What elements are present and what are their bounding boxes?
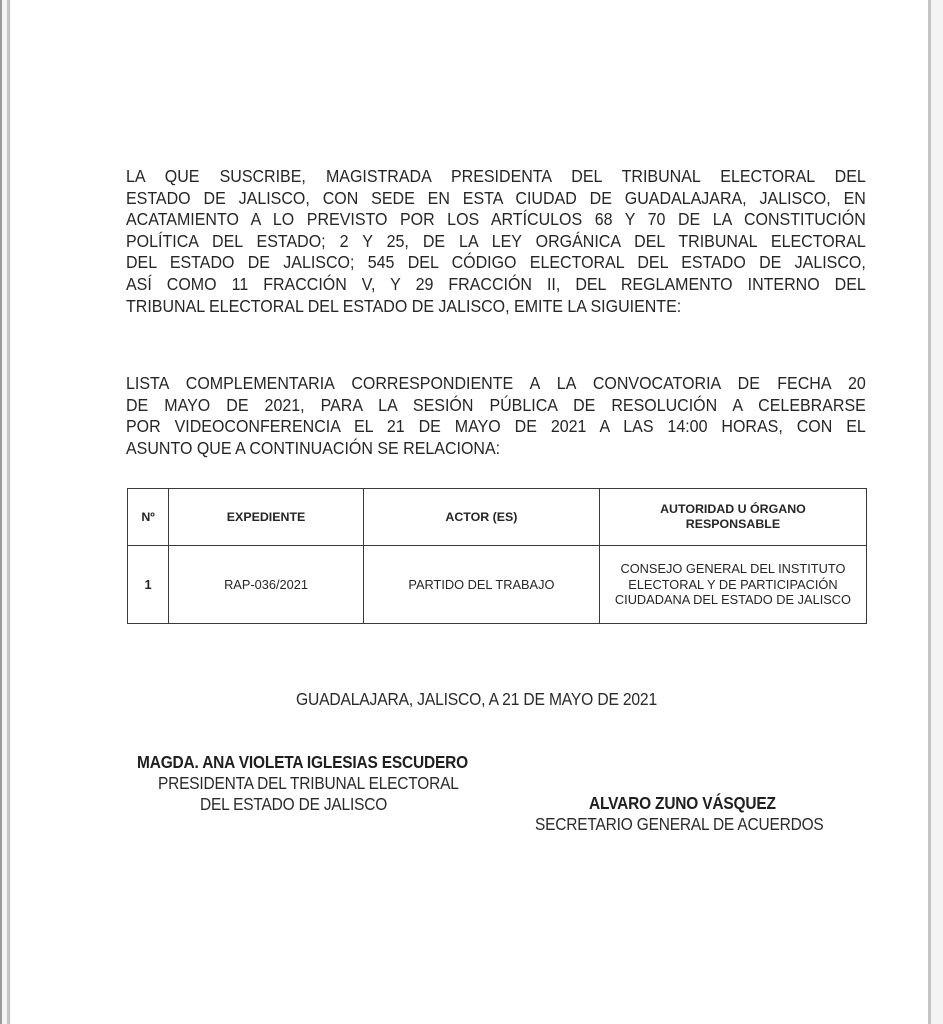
signatory-secretary-role: SECRETARIO GENERAL DE ACUERDOS (535, 814, 824, 835)
preamble-line: DEL ESTADO DE JALISCO; 545 DEL CÓDIGO EL… (126, 252, 866, 274)
signatory-secretary-name: ALVARO ZUNO VÁSQUEZ (589, 793, 776, 814)
preamble-line: LA QUE SUSCRIBE, MAGISTRADA PRESIDENTA D… (126, 166, 866, 188)
list-intro-paragraph: LISTA COMPLEMENTARIA CORRESPONDIENTE A L… (126, 373, 866, 459)
cell-authority: CONSEJO GENERAL DEL INSTITUTO ELECTORAL … (599, 546, 866, 624)
table-row: 1 RAP-036/2021 PARTIDO DEL TRABAJO CONSE… (128, 546, 867, 624)
agenda-table: Nº EXPEDIENTE ACTOR (ES) AUTORIDAD U ÓRG… (127, 488, 867, 624)
preamble-line: ASÍ COMO 11 FRACCIÓN V, Y 29 FRACCIÓN II… (126, 274, 866, 296)
preamble-paragraph: LA QUE SUSCRIBE, MAGISTRADA PRESIDENTA D… (126, 166, 866, 317)
list-intro-line: ASUNTO QUE A CONTINUACIÓN SE RELACIONA: (126, 438, 866, 460)
page-frame-left (0, 0, 2, 1024)
header-authority-line1: AUTORIDAD U ÓRGANO (660, 502, 806, 516)
preamble-line: POLÍTICA DEL ESTADO; 2 Y 25, DE LA LEY O… (126, 231, 866, 253)
preamble-line: ACATAMIENTO A LO PREVISTO POR LOS ARTÍCU… (126, 209, 866, 231)
preamble-line: ESTADO DE JALISCO, CON SEDE EN ESTA CIUD… (126, 188, 866, 210)
list-intro-line: DE MAYO DE 2021, PARA LA SESIÓN PÚBLICA … (126, 395, 866, 417)
signatory-president-name: MAGDA. ANA VIOLETA IGLESIAS ESCUDERO (137, 752, 468, 773)
header-number: Nº (128, 489, 169, 546)
header-expediente: EXPEDIENTE (169, 489, 364, 546)
list-intro-line: POR VIDEOCONFERENCIA EL 21 DE MAYO DE 20… (126, 416, 866, 438)
cell-expediente: RAP-036/2021 (169, 546, 364, 624)
header-authority: AUTORIDAD U ÓRGANO RESPONSABLE (599, 489, 866, 546)
table-header-row: Nº EXPEDIENTE ACTOR (ES) AUTORIDAD U ÓRG… (128, 489, 867, 546)
signatory-president-role-cont: DEL ESTADO DE JALISCO (200, 794, 387, 815)
cell-number: 1 (128, 546, 169, 624)
list-intro-line: LISTA COMPLEMENTARIA CORRESPONDIENTE A L… (126, 373, 866, 395)
header-actor: ACTOR (ES) (363, 489, 599, 546)
page-frame-right (928, 0, 931, 1024)
cell-actor: PARTIDO DEL TRABAJO (363, 546, 599, 624)
place-and-date: GUADALAJARA, JALISCO, A 21 DE MAYO DE 20… (296, 689, 657, 710)
header-authority-line2: RESPONSABLE (686, 517, 780, 531)
preamble-line: TRIBUNAL ELECTORAL DEL ESTADO DE JALISCO… (126, 296, 866, 318)
page-frame-left-inner (7, 0, 10, 1024)
signatory-president-role: PRESIDENTA DEL TRIBUNAL ELECTORAL (158, 773, 459, 794)
